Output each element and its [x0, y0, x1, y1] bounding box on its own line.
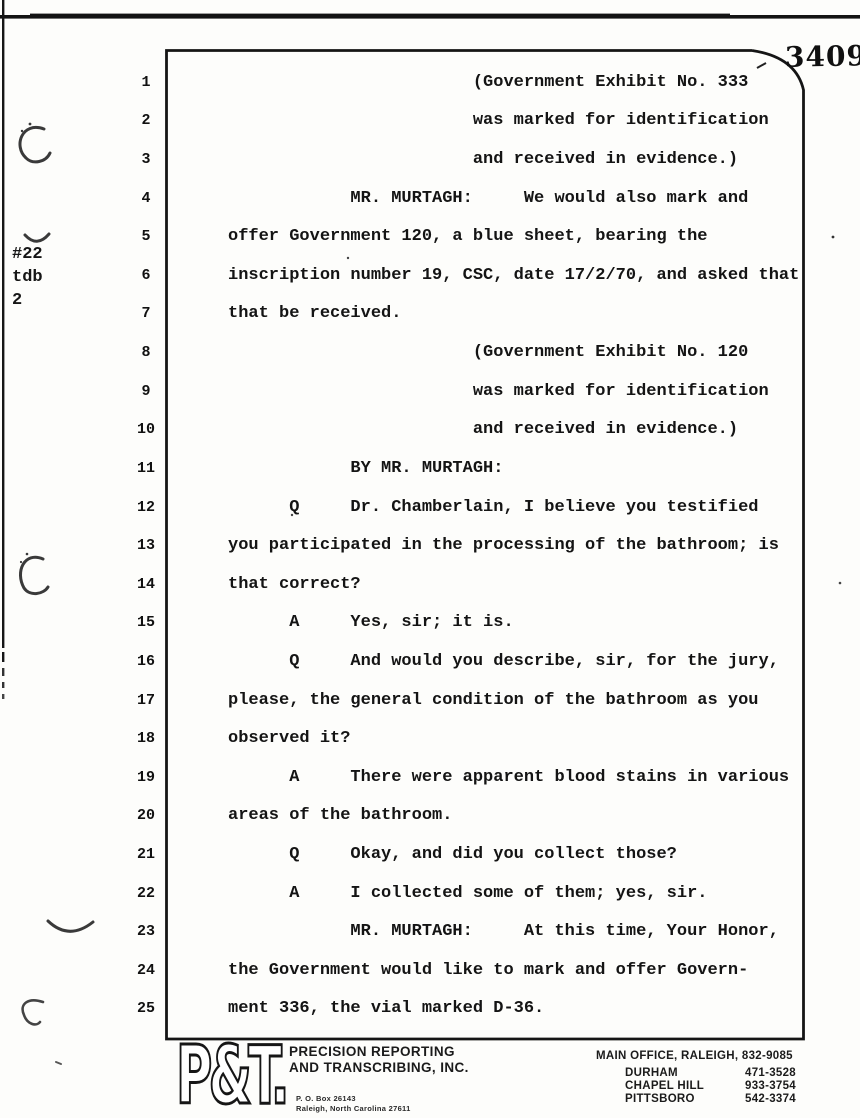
top-rule — [0, 15, 860, 19]
transcript-line: 22 A I collected some of them; yes, sir. — [128, 874, 804, 913]
office-phone: 471-3528 — [745, 1067, 796, 1080]
transcript-line: 14 that correct? — [128, 565, 804, 604]
speck — [839, 582, 842, 585]
curl-mark-2 — [48, 921, 93, 931]
line-text: you participated in the processing of th… — [164, 536, 779, 555]
transcript-line: 5 offer Government 120, a blue sheet, be… — [128, 217, 804, 256]
transcript-line: 24 the Government would like to mark and… — [128, 951, 804, 990]
line-number: 18 — [128, 730, 164, 747]
office-row: CHAPEL HILL 933-3754 — [625, 1080, 796, 1093]
line-number: 6 — [128, 267, 164, 284]
line-text: and received in evidence.) — [164, 150, 738, 169]
office-city: DURHAM — [625, 1067, 745, 1080]
branch-office-rows: DURHAM 471-3528 CHAPEL HILL 933-3754 PIT… — [625, 1067, 796, 1107]
line-text: inscription number 19, CSC, date 17/2/70… — [164, 266, 799, 285]
line-text: Q Okay, and did you collect those? — [164, 845, 677, 864]
line-number: 11 — [128, 460, 164, 477]
firm-name-line2: AND TRANSCRIBING, INC. — [289, 1060, 469, 1076]
margin-note-line: 2 — [12, 289, 43, 312]
main-office-line: MAIN OFFICE, RALEIGH, 832-9085 — [596, 1050, 796, 1062]
address-line2: Raleigh, North Carolina 27611 — [296, 1104, 411, 1114]
transcript-line: 25 ment 336, the vial marked D-36. — [128, 990, 804, 1029]
address-line1: P. O. Box 26143 — [296, 1094, 411, 1104]
scanned-transcript-page: 3409 #22 tdb 2 1 (Government Exhibit No.… — [0, 0, 860, 1118]
line-number: 14 — [128, 576, 164, 593]
line-number: 22 — [128, 885, 164, 902]
line-number: 5 — [128, 228, 164, 245]
line-text: Q And would you describe, sir, for the j… — [164, 652, 779, 671]
transcript-line: 9 was marked for identification — [128, 372, 804, 411]
curl-mark-1 — [25, 234, 49, 241]
line-number: 16 — [128, 653, 164, 670]
transcript-line: 19 A There were apparent blood stains in… — [128, 758, 804, 797]
line-text: and received in evidence.) — [164, 420, 738, 439]
ring-mark-1 — [20, 127, 50, 161]
line-number: 8 — [128, 344, 164, 361]
line-text: the Government would like to mark and of… — [164, 961, 748, 980]
line-number: 21 — [128, 846, 164, 863]
line-text: (Government Exhibit No. 333 — [164, 73, 748, 92]
line-text: MR. MURTAGH: We would also mark and — [164, 189, 748, 208]
transcript-line: 10 and received in evidence.) — [128, 410, 804, 449]
line-number: 9 — [128, 383, 164, 400]
firm-name-line1: PRECISION REPORTING — [289, 1044, 469, 1060]
line-number: 25 — [128, 1000, 164, 1017]
transcript-line: 11 BY MR. MURTAGH: — [128, 449, 804, 488]
transcript-line: 20 areas of the bathroom. — [128, 797, 804, 836]
transcript-line: 2 was marked for identification — [128, 102, 804, 141]
transcript-line: 8 (Government Exhibit No. 120 — [128, 333, 804, 372]
line-number: 24 — [128, 962, 164, 979]
line-number: 2 — [128, 112, 164, 129]
transcript-line: 21 Q Okay, and did you collect those? — [128, 835, 804, 874]
office-phone: 933-3754 — [745, 1080, 796, 1093]
line-text: offer Government 120, a blue sheet, bear… — [164, 227, 707, 246]
office-row: DURHAM 471-3528 — [625, 1067, 796, 1080]
line-text: A There were apparent blood stains in va… — [164, 768, 789, 787]
line-text: that be received. — [164, 304, 401, 323]
transcript-line: 1 (Government Exhibit No. 333 — [128, 63, 804, 102]
office-row: PITTSBORO 542-3374 — [625, 1093, 796, 1106]
margin-note-line: #22 — [12, 243, 43, 266]
line-number: 13 — [128, 537, 164, 554]
transcript-line: 3 and received in evidence.) — [128, 140, 804, 179]
speck — [832, 236, 835, 239]
line-number: 20 — [128, 807, 164, 824]
line-text: was marked for identification — [164, 382, 769, 401]
office-phone-list: MAIN OFFICE, RALEIGH, 832-9085 DURHAM 47… — [596, 1050, 796, 1107]
line-number: 17 — [128, 692, 164, 709]
margin-note-line: tdb — [12, 266, 43, 289]
line-text: MR. MURTAGH: At this time, Your Honor, — [164, 922, 779, 941]
pt-logo: P&T. — [176, 1042, 286, 1110]
line-text: areas of the bathroom. — [164, 806, 452, 825]
line-number: 19 — [128, 769, 164, 786]
line-number: 7 — [128, 305, 164, 322]
transcript-line: 13 you participated in the processing of… — [128, 526, 804, 565]
transcript-line: 16 Q And would you describe, sir, for th… — [128, 642, 804, 681]
line-number: 4 — [128, 190, 164, 207]
line-number: 3 — [128, 151, 164, 168]
line-text: BY MR. MURTAGH: — [164, 459, 503, 478]
firm-address: P. O. Box 26143 Raleigh, North Carolina … — [296, 1094, 411, 1113]
line-number: 23 — [128, 923, 164, 940]
line-text: Q Dr. Chamberlain, I believe you testifi… — [164, 498, 759, 517]
line-text: A Yes, sir; it is. — [164, 613, 514, 632]
transcript-line: 6 inscription number 19, CSC, date 17/2/… — [128, 256, 804, 295]
line-number: 15 — [128, 614, 164, 631]
transcript-body: 1 (Government Exhibit No. 333 2 was mark… — [128, 63, 804, 1028]
hook-mark — [23, 1000, 43, 1024]
line-text: please, the general condition of the bat… — [164, 691, 759, 710]
office-city: CHAPEL HILL — [625, 1080, 745, 1093]
firm-name: PRECISION REPORTING AND TRANSCRIBING, IN… — [289, 1044, 469, 1076]
line-number: 12 — [128, 499, 164, 516]
office-city: PITTSBORO — [625, 1093, 745, 1106]
line-text: that correct? — [164, 575, 361, 594]
line-text: A I collected some of them; yes, sir. — [164, 884, 707, 903]
line-text: observed it? — [164, 729, 350, 748]
line-number: 10 — [128, 421, 164, 438]
transcript-line: 18 observed it? — [128, 719, 804, 758]
line-number: 1 — [128, 74, 164, 91]
left-edge-line — [2, 0, 4, 648]
transcript-line: 23 MR. MURTAGH: At this time, Your Honor… — [128, 912, 804, 951]
transcript-line: 17 please, the general condition of the … — [128, 681, 804, 720]
transcript-line: 4 MR. MURTAGH: We would also mark and — [128, 179, 804, 218]
margin-note: #22 tdb 2 — [12, 243, 43, 312]
transcript-line: 7 that be received. — [128, 295, 804, 334]
transcript-line: 12 Q Dr. Chamberlain, I believe you test… — [128, 488, 804, 527]
transcript-line: 15 A Yes, sir; it is. — [128, 604, 804, 643]
office-phone: 542-3374 — [745, 1093, 796, 1106]
line-text: was marked for identification — [164, 111, 769, 130]
ring-mark-2 — [20, 557, 48, 593]
line-text: ment 336, the vial marked D-36. — [164, 999, 544, 1018]
line-text: (Government Exhibit No. 120 — [164, 343, 748, 362]
